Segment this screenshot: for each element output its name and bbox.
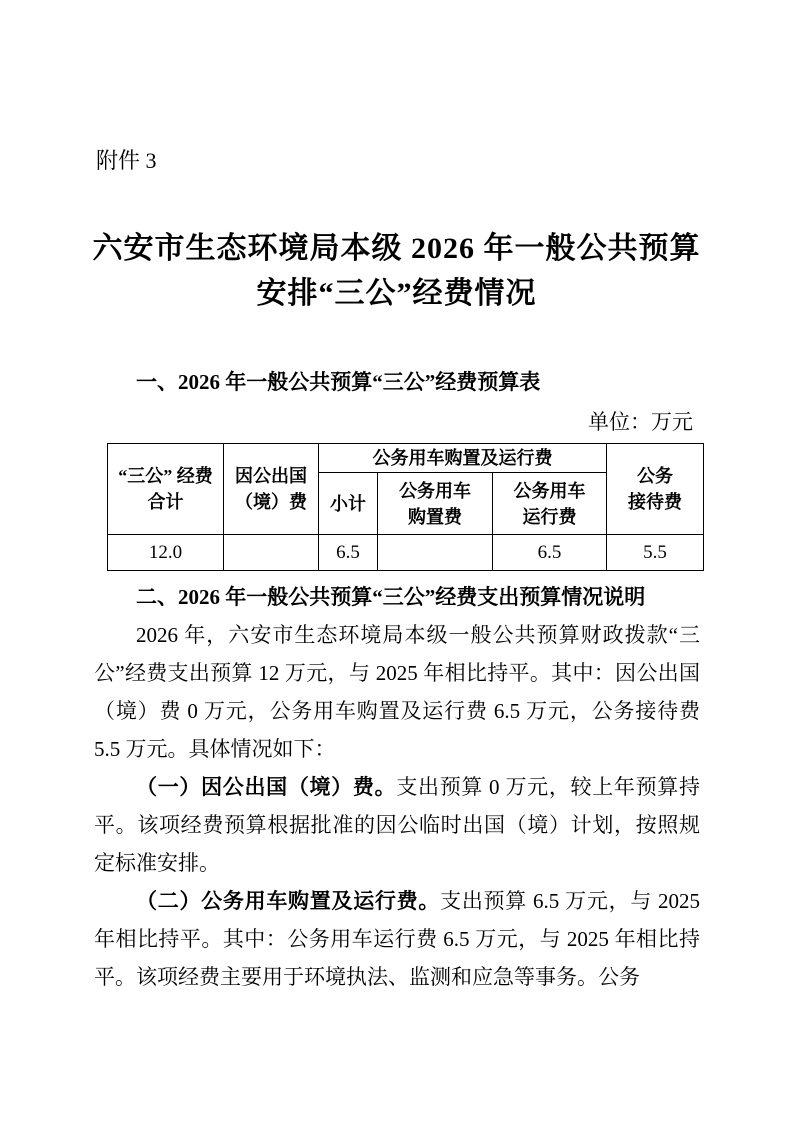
paragraph-abroad-fee: （一）因公出国（境）费。支出预算 0 万元，较上年预算持平。该项经费预算根据批准… [94, 768, 700, 882]
section2-heading: 二、2026 年一般公共预算“三公”经费支出预算情况说明 [94, 578, 700, 616]
section1-heading: 一、2026 年一般公共预算“三公”经费预算表 [94, 366, 700, 398]
header-vehicle-group: 公务用车购置及运行费 [319, 444, 607, 473]
cell-operation-value: 6.5 [493, 535, 607, 571]
cell-reception-value: 5.5 [607, 535, 704, 571]
header-total: “三公” 经费 合计 [108, 444, 224, 535]
cell-subtotal-value: 6.5 [319, 535, 378, 571]
sangong-budget-table: “三公” 经费 合计 因公出国 （境）费 公务用车购置及运行费 公务 接待费 小… [107, 443, 704, 571]
header-subtotal: 小计 [319, 473, 378, 535]
attachment-label: 附件 3 [96, 146, 157, 176]
table-unit-label: 单位：万元 [588, 408, 693, 436]
table-data-row: 12.0 6.5 6.5 5.5 [108, 535, 704, 571]
cell-abroad-value [224, 535, 319, 571]
paragraph-overview: 2026 年，六安市生态环境局本级一般公共预算财政拨款“三公”经费支出预算 12… [94, 616, 700, 768]
document-page: 附件 3 六安市生态环境局本级 2026 年一般公共预算 安排“三公”经费情况 … [0, 0, 793, 1122]
header-vehicle-operation: 公务用车 运行费 [493, 473, 607, 535]
document-title: 六安市生态环境局本级 2026 年一般公共预算 安排“三公”经费情况 [0, 226, 793, 316]
header-reception-fee: 公务 接待费 [607, 444, 704, 535]
document-title-line1: 六安市生态环境局本级 2026 年一般公共预算 [0, 226, 793, 271]
header-abroad-fee: 因公出国 （境）费 [224, 444, 319, 535]
paragraph-vehicle-fee: （二）公务用车购置及运行费。支出预算 6.5 万元，与 2025 年相比持平。其… [94, 882, 700, 996]
cell-total-value: 12.0 [108, 535, 224, 571]
cell-purchase-value [378, 535, 493, 571]
document-title-line2: 安排“三公”经费情况 [0, 271, 793, 316]
section2-explanation: 二、2026 年一般公共预算“三公”经费支出预算情况说明 2026 年，六安市生… [94, 578, 700, 996]
header-vehicle-purchase: 公务用车 购置费 [378, 473, 493, 535]
